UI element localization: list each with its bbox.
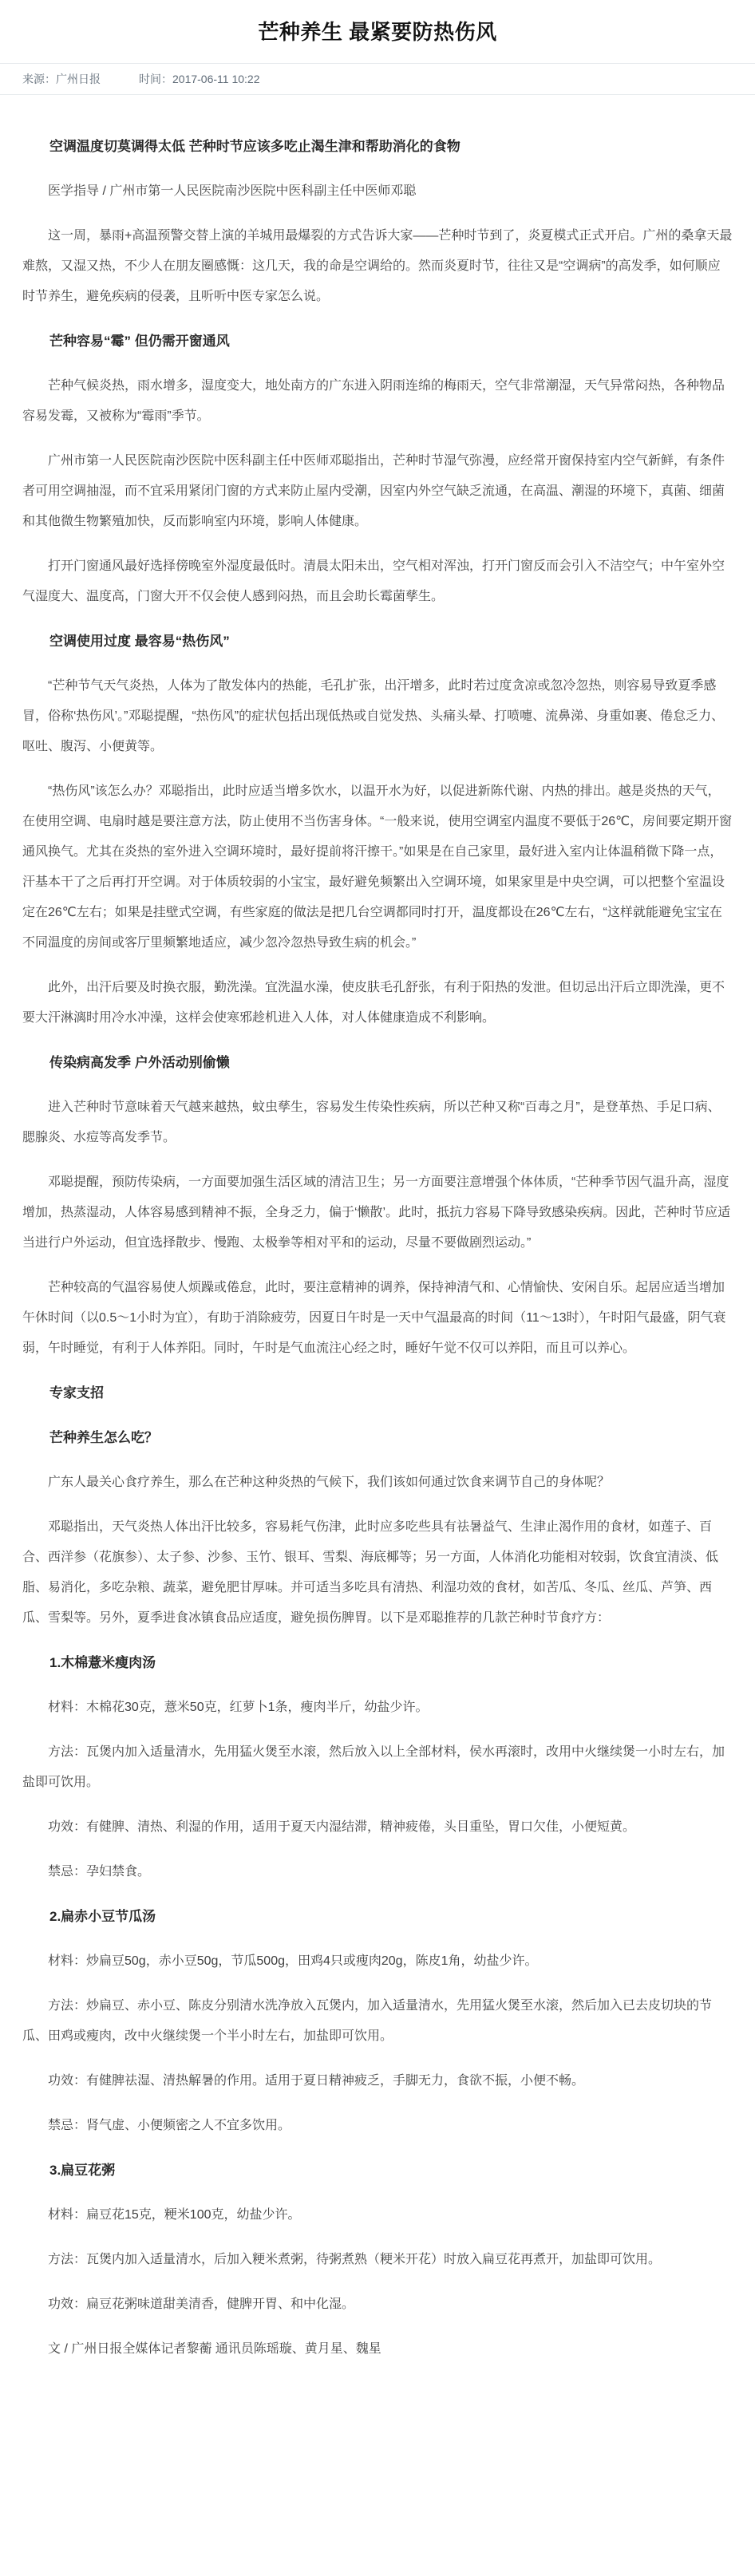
article-paragraph: 功效：扁豆花粥味道甜美清香，健脾开胃、和中化湿。 [22, 2290, 733, 2320]
article-paragraph: 文 / 广州日报全媒体记者黎蘅 通讯员陈瑶璇、黄月星、魏星 [22, 2334, 733, 2365]
section-heading: 传染病高发季 户外活动别偷懒 [22, 1048, 733, 1078]
section-heading: 2.扁赤小豆节瓜汤 [22, 1902, 733, 1932]
section-heading: 3.扁豆花粥 [22, 2155, 733, 2186]
section-heading: 芒种容易“霉” 但仍需开窗通风 [22, 326, 733, 357]
article-paragraph: 材料：炒扁豆50g，赤小豆50g，节瓜500g，田鸡4只或瘦肉20g，陈皮1角，… [22, 1946, 733, 1977]
article-paragraph: 功效：有健脾、清热、利湿的作用，适用于夏天内湿结滞，精神疲倦，头目重坠，胃口欠佳… [22, 1812, 733, 1843]
section-heading: 芒种养生怎么吃？ [22, 1423, 733, 1453]
article-paragraph: “芒种节气天气炎热，人体为了散发体内的热能，毛孔扩张，出汗增多，此时若过度贪凉或… [22, 671, 733, 762]
article-paragraph: 进入芒种时节意味着天气越来越热，蚊虫孳生，容易发生传染性疾病，所以芒种又称“百毒… [22, 1092, 733, 1153]
article-paragraph: 芒种气候炎热，雨水增多，湿度变大，地处南方的广东进入阴雨连绵的梅雨天，空气非常潮… [22, 371, 733, 432]
article-paragraph: 邓聪提醒，预防传染病，一方面要加强生活区域的清洁卫生；另一方面要注意增强个体体质… [22, 1167, 733, 1258]
meta-time-label: 时间： [139, 73, 172, 85]
article-paragraph: 材料：扁豆花15克，粳米100克，幼盐少许。 [22, 2200, 733, 2230]
article-paragraph: 方法：炒扁豆、赤小豆、陈皮分别清水洗净放入瓦煲内，加入适量清水，先用猛火煲至水滚… [22, 1991, 733, 2052]
article-subtitle: 空调温度切莫调得太低 芒种时节应该多吃止渴生津和帮助消化的食物 [22, 132, 733, 162]
article-paragraph: 医学指导 / 广州市第一人民医院南沙医院中医科副主任中医师邓聪 [22, 176, 733, 207]
article-paragraph: 方法：瓦煲内加入适量清水，先用猛火煲至水滚，然后放入以上全部材料，侯水再滚时，改… [22, 1737, 733, 1798]
article-paragraph: 芒种较高的气温容易使人烦躁或倦怠，此时，要注意精神的调养，保持神清气和、心情愉快… [22, 1273, 733, 1364]
meta-source-value: 广州日报 [56, 73, 101, 85]
article-paragraph: 此外，出汗后要及时换衣服，勤洗澡。宜洗温水澡，使皮肤毛孔舒张，有利于阳热的发泄。… [22, 973, 733, 1033]
article-paragraph: “热伤风”该怎么办？邓聪指出，此时应适当增多饮水，以温开水为好，以促进新陈代谢、… [22, 776, 733, 958]
section-heading: 空调使用过度 最容易“热伤风” [22, 626, 733, 657]
article-paragraph: 方法：瓦煲内加入适量清水，后加入粳米煮粥，待粥煮熟（粳米开花）时放入扁豆花再煮开… [22, 2245, 733, 2275]
article-meta-bar: 来源：广州日报 时间：2017-06-11 10:22 [0, 63, 755, 95]
article-paragraph: 广东人最关心食疗养生，那么在芒种这种炎热的气候下，我们该如何通过饮食来调节自己的… [22, 1468, 733, 1498]
article-paragraph: 广州市第一人民医院南沙医院中医科副主任中医师邓聪指出，芒种时节湿气弥漫，应经常开… [22, 446, 733, 537]
article-paragraph: 材料：木棉花30克，薏米50克，红萝卜1条，瘦肉半斤，幼盐少许。 [22, 1693, 733, 1723]
meta-source-label: 来源： [22, 73, 56, 85]
meta-source: 来源：广州日报 [22, 71, 101, 87]
meta-time: 时间：2017-06-11 10:22 [139, 71, 260, 87]
page-title: 芒种养生 最紧要防热伤风 [0, 0, 755, 63]
article-page: 芒种养生 最紧要防热伤风 来源：广州日报 时间：2017-06-11 10:22… [0, 0, 755, 2416]
article-paragraph: 禁忌：孕妇禁食。 [22, 1857, 733, 1887]
article-paragraph: 功效：有健脾祛湿、清热解暑的作用。适用于夏日精神疲乏，手脚无力，食欲不振，小便不… [22, 2066, 733, 2096]
article-body: 空调温度切莫调得太低 芒种时节应该多吃止渴生津和帮助消化的食物医学指导 / 广州… [0, 95, 755, 2416]
section-heading: 1.木棉薏米瘦肉汤 [22, 1648, 733, 1678]
article-paragraph: 打开门窗通风最好选择傍晚室外湿度最低时。清晨太阳未出，空气相对浑浊，打开门窗反而… [22, 551, 733, 612]
meta-time-value: 2017-06-11 10:22 [172, 73, 260, 85]
article-paragraph: 禁忌：肾气虚、小便频密之人不宜多饮用。 [22, 2111, 733, 2141]
article-paragraph: 这一周，暴雨+高温预警交替上演的羊城用最爆裂的方式告诉大家——芒种时节到了，炎夏… [22, 221, 733, 312]
article-paragraph: 邓聪指出，天气炎热人体出汗比较多，容易耗气伤津，此时应多吃些具有祛暑益气、生津止… [22, 1512, 733, 1634]
section-heading: 专家支招 [22, 1378, 733, 1409]
